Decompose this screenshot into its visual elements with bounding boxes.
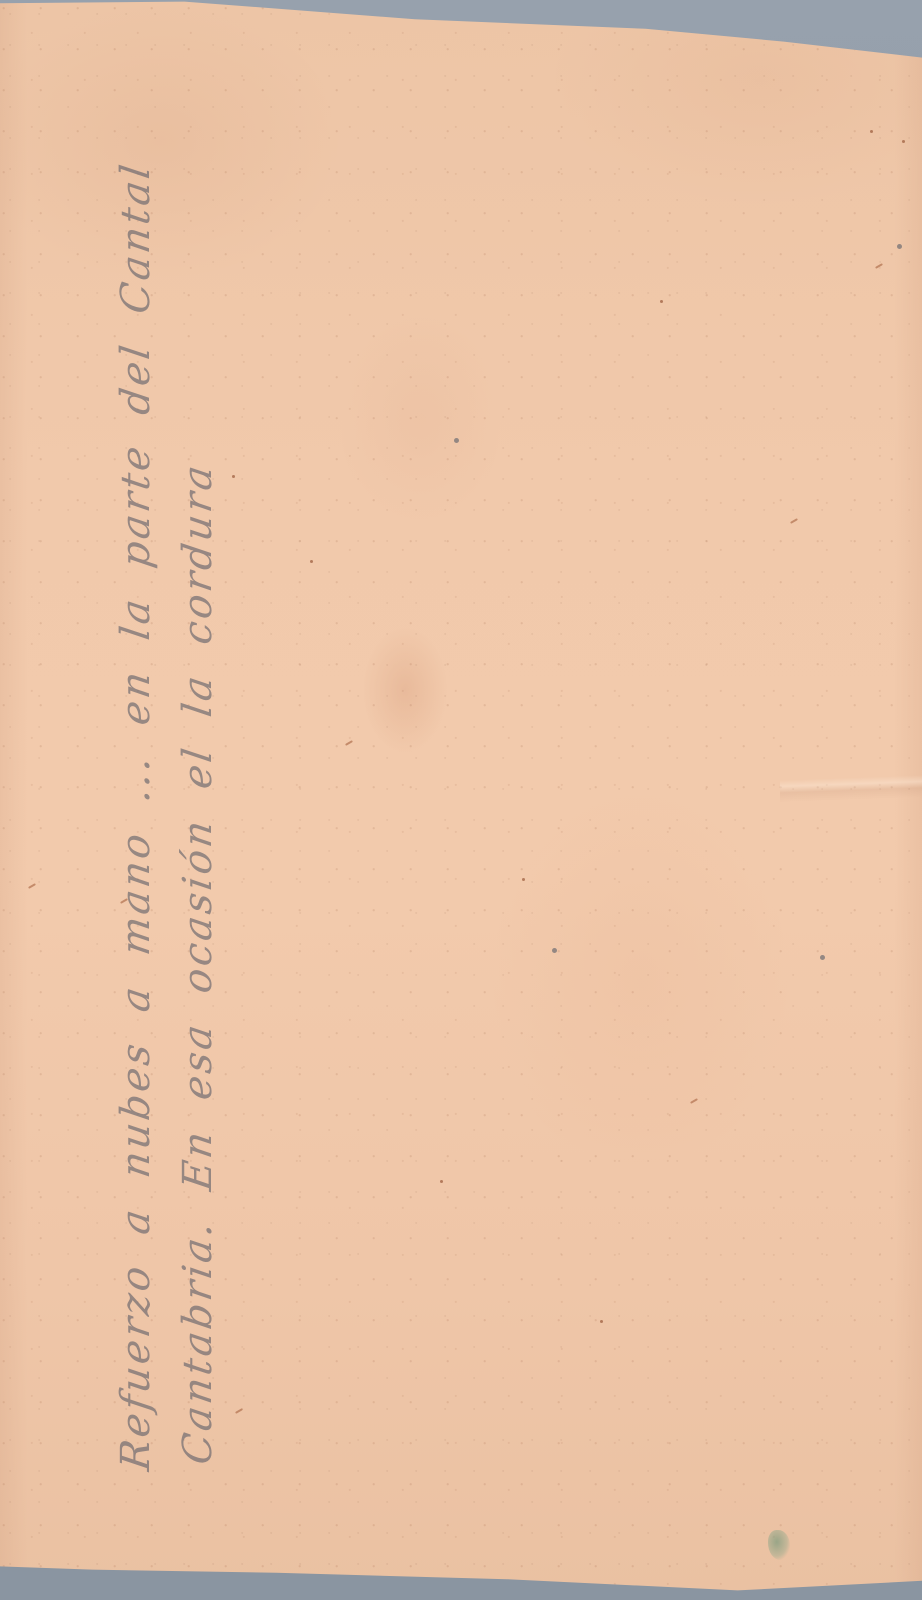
paper-fleck	[310, 560, 313, 563]
paper-fleck	[232, 475, 235, 478]
scan-background: Refuerzo a nubes a mano ... en la parte …	[0, 0, 922, 1600]
paper-fleck	[870, 130, 873, 133]
paper-spot	[552, 948, 557, 953]
photo-card-back: Refuerzo a nubes a mano ... en la parte …	[0, 0, 922, 1600]
paper-fiber	[790, 518, 798, 524]
paper-fleck	[522, 878, 525, 881]
paper-fiber	[875, 263, 883, 269]
paper-fiber	[690, 1098, 698, 1104]
paper-fleck	[660, 300, 663, 303]
paper-fiber	[235, 1408, 243, 1414]
paper-spot	[897, 244, 902, 249]
paper-fiber	[345, 740, 353, 746]
paper-fiber	[120, 898, 128, 904]
paper-fleck	[440, 1180, 443, 1183]
paper-fleck	[600, 1320, 603, 1323]
inscription-line-2: Cantabria. En esa ocasión el la cordura	[167, 126, 229, 1469]
paper-spot	[454, 438, 459, 443]
mold-spot	[768, 1530, 790, 1560]
paper-spot	[820, 955, 825, 960]
inscription-line-1: Refuerzo a nubes a mano ... en la parte …	[105, 126, 167, 1475]
pencil-inscription: Refuerzo a nubes a mano ... en la parte …	[105, 130, 229, 1470]
paper-fiber	[28, 883, 36, 889]
paper-fleck	[902, 140, 905, 143]
